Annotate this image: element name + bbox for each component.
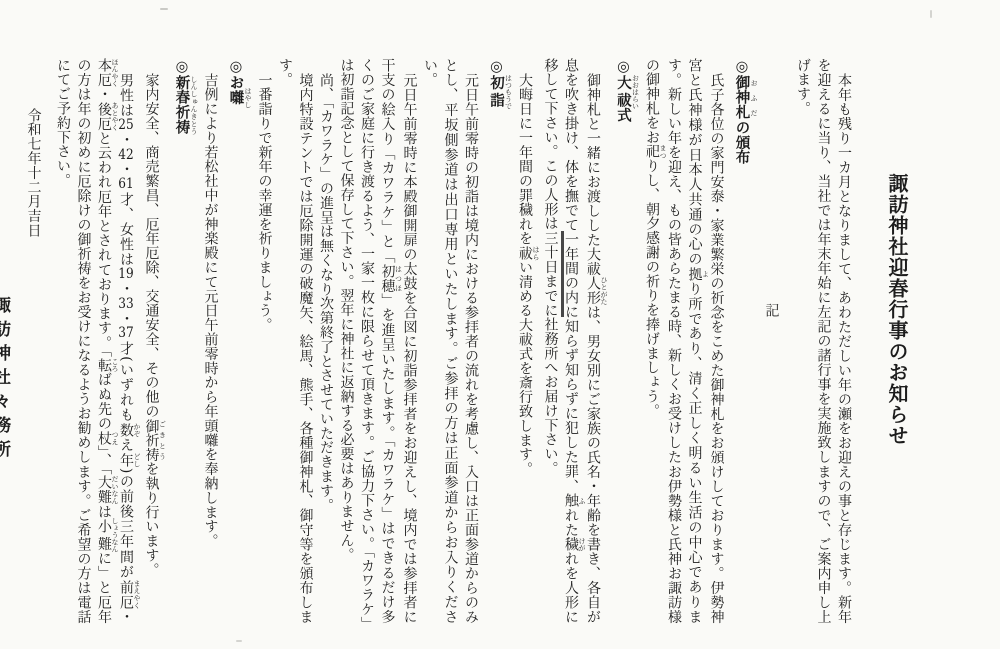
furigana: あとやく (111, 102, 119, 131)
section-heading-gofuda-hanpu: ◎御神札おふだの頒布 (731, 58, 759, 624)
record-marker: 記 (761, 58, 782, 624)
sections-container: ◎御神札おふだの頒布氏子各位の家門安泰・家業繁栄の祈念をこめた御神札をお頒けして… (53, 58, 759, 624)
scan-speck (160, 8, 168, 10)
furigana: まつ (659, 144, 667, 158)
section-heading-shinshun-kito: ◎新春祈祷しんしゅんきとう (171, 58, 199, 624)
date-line: 令和七年十二月吉日 (23, 58, 44, 624)
furigana: はつほ (395, 264, 403, 293)
section-paragraph: 元日午前零時に本殿御開扉の太鼓を合図に初詣参拝者をお迎えし、境内では参拝者に干支… (336, 58, 420, 624)
section-paragraph: 氏子各位の家門安泰・家業繁栄の祈念をこめた御神札をお頒けしております。伊勢神宮と… (642, 58, 727, 624)
section-paragraph: 吉例により若松社中が神楽殿にて元日午前零時から年頭囃を奉納します。 (200, 58, 221, 624)
furigana: ふ (578, 493, 586, 507)
intro-paragraph: 本年も残り一カ月となりまして、あわただしい年の瀬をお迎えの事と存じます。新年を迎… (793, 58, 855, 624)
emphasized-text: 三十日までに (543, 231, 564, 317)
furigana: ころ (111, 358, 119, 372)
section-paragraph: 尚、「カワラケ」の進呈は無くなり次第終了とさせていただきます。 (316, 58, 337, 624)
section-hatsumode: ◎初詣はつもうで元日午前零時の初詣は境内における参拝者の流れを考慮し、入口は正面… (254, 58, 513, 624)
section-paragraph: 家内安全、商売繁昌、厄年厄除、交通安全、その他の御祈祷ごきとうを執り行います。 (141, 58, 167, 624)
section-paragraph: 御神札と一緒にお渡しした大祓人形ひとがたは、男女別にご家族の氏名・年齢を書き、各… (540, 58, 608, 624)
furigana: けが (578, 537, 586, 551)
section-paragraph: 一番詣りで新年の幸運を祈りましょう。 (254, 58, 275, 624)
section-heading-ohayashi: ◎お囃はやし (225, 58, 253, 624)
shrine-notice-document: 諏訪神社迎春行事のお知らせ 本年も残り一カ月となりまして、あわただしい年の瀬をお… (0, 58, 912, 624)
document-page: 諏訪神社迎春行事のお知らせ 本年も残り一カ月となりまして、あわただしい年の瀬をお… (0, 0, 1000, 649)
furigana: しょうなん (111, 518, 119, 553)
furigana: ごきとう (159, 419, 167, 462)
furigana: つえ (111, 431, 119, 445)
furigana: おふだ (750, 75, 758, 120)
furigana: はら (532, 246, 540, 260)
section-shinshun-kito: ◎新春祈祷しんしゅんきとう家内安全、商売繁昌、厄年厄除、交通安全、その他の御祈祷… (53, 58, 199, 624)
section-gofuda-hanpu: ◎御神札おふだの頒布氏子各位の家門安泰・家業繁栄の祈念をこめた御神札をお頒けして… (642, 58, 759, 624)
section-paragraph: 元日午前零時の初詣は境内における参拝者の流れを考慮し、入口は正面参道からのみとし… (420, 58, 482, 624)
section-heading-oharai-shiki: ◎大祓おおはらい式 (612, 58, 640, 624)
section-paragraph: 大晦日に一年間の罪穢れを祓はらい清める大祓式を斎行致します。 (515, 58, 541, 624)
furigana: どし (133, 453, 141, 467)
furigana: はつもうで (505, 74, 513, 109)
scan-speck (930, 10, 932, 18)
section-paragraph: 男性は25・42・61才、女性は19・33・37才(いずれも数かぞえ年どし)の前… (53, 58, 142, 624)
document-title: 諏訪神社迎春行事のお知らせ (884, 58, 910, 624)
furigana: はやし (244, 87, 252, 108)
furigana: だいなん (111, 475, 119, 504)
furigana: まえやく (133, 580, 141, 609)
section-heading-hatsumode: ◎初詣はつもうで (485, 58, 513, 624)
furigana: しんしゅんきとう (190, 75, 198, 135)
furigana: よ (702, 267, 710, 281)
furigana: ほんやく (111, 58, 119, 87)
furigana: かぞ (133, 423, 141, 437)
shrine-office-signature: 諏訪神社々務所 (0, 58, 10, 624)
furigana: ひとがた (600, 276, 608, 305)
section-ohayashi: ◎お囃はやし吉例により若松社中が神楽殿にて元日午前零時から年頭囃を奉納します。 (200, 58, 252, 624)
scan-speck (236, 640, 242, 642)
section-oharai-shiki: ◎大祓おおはらい式御神札と一緒にお渡しした大祓人形ひとがたは、男女別にご家族の氏… (515, 58, 640, 624)
section-paragraph: 境内特設テントでは厄除開運の破魔矢、絵馬、熊手、各種御神札、御守等を頒布します。 (275, 58, 316, 624)
furigana: おおはらい (632, 74, 640, 109)
